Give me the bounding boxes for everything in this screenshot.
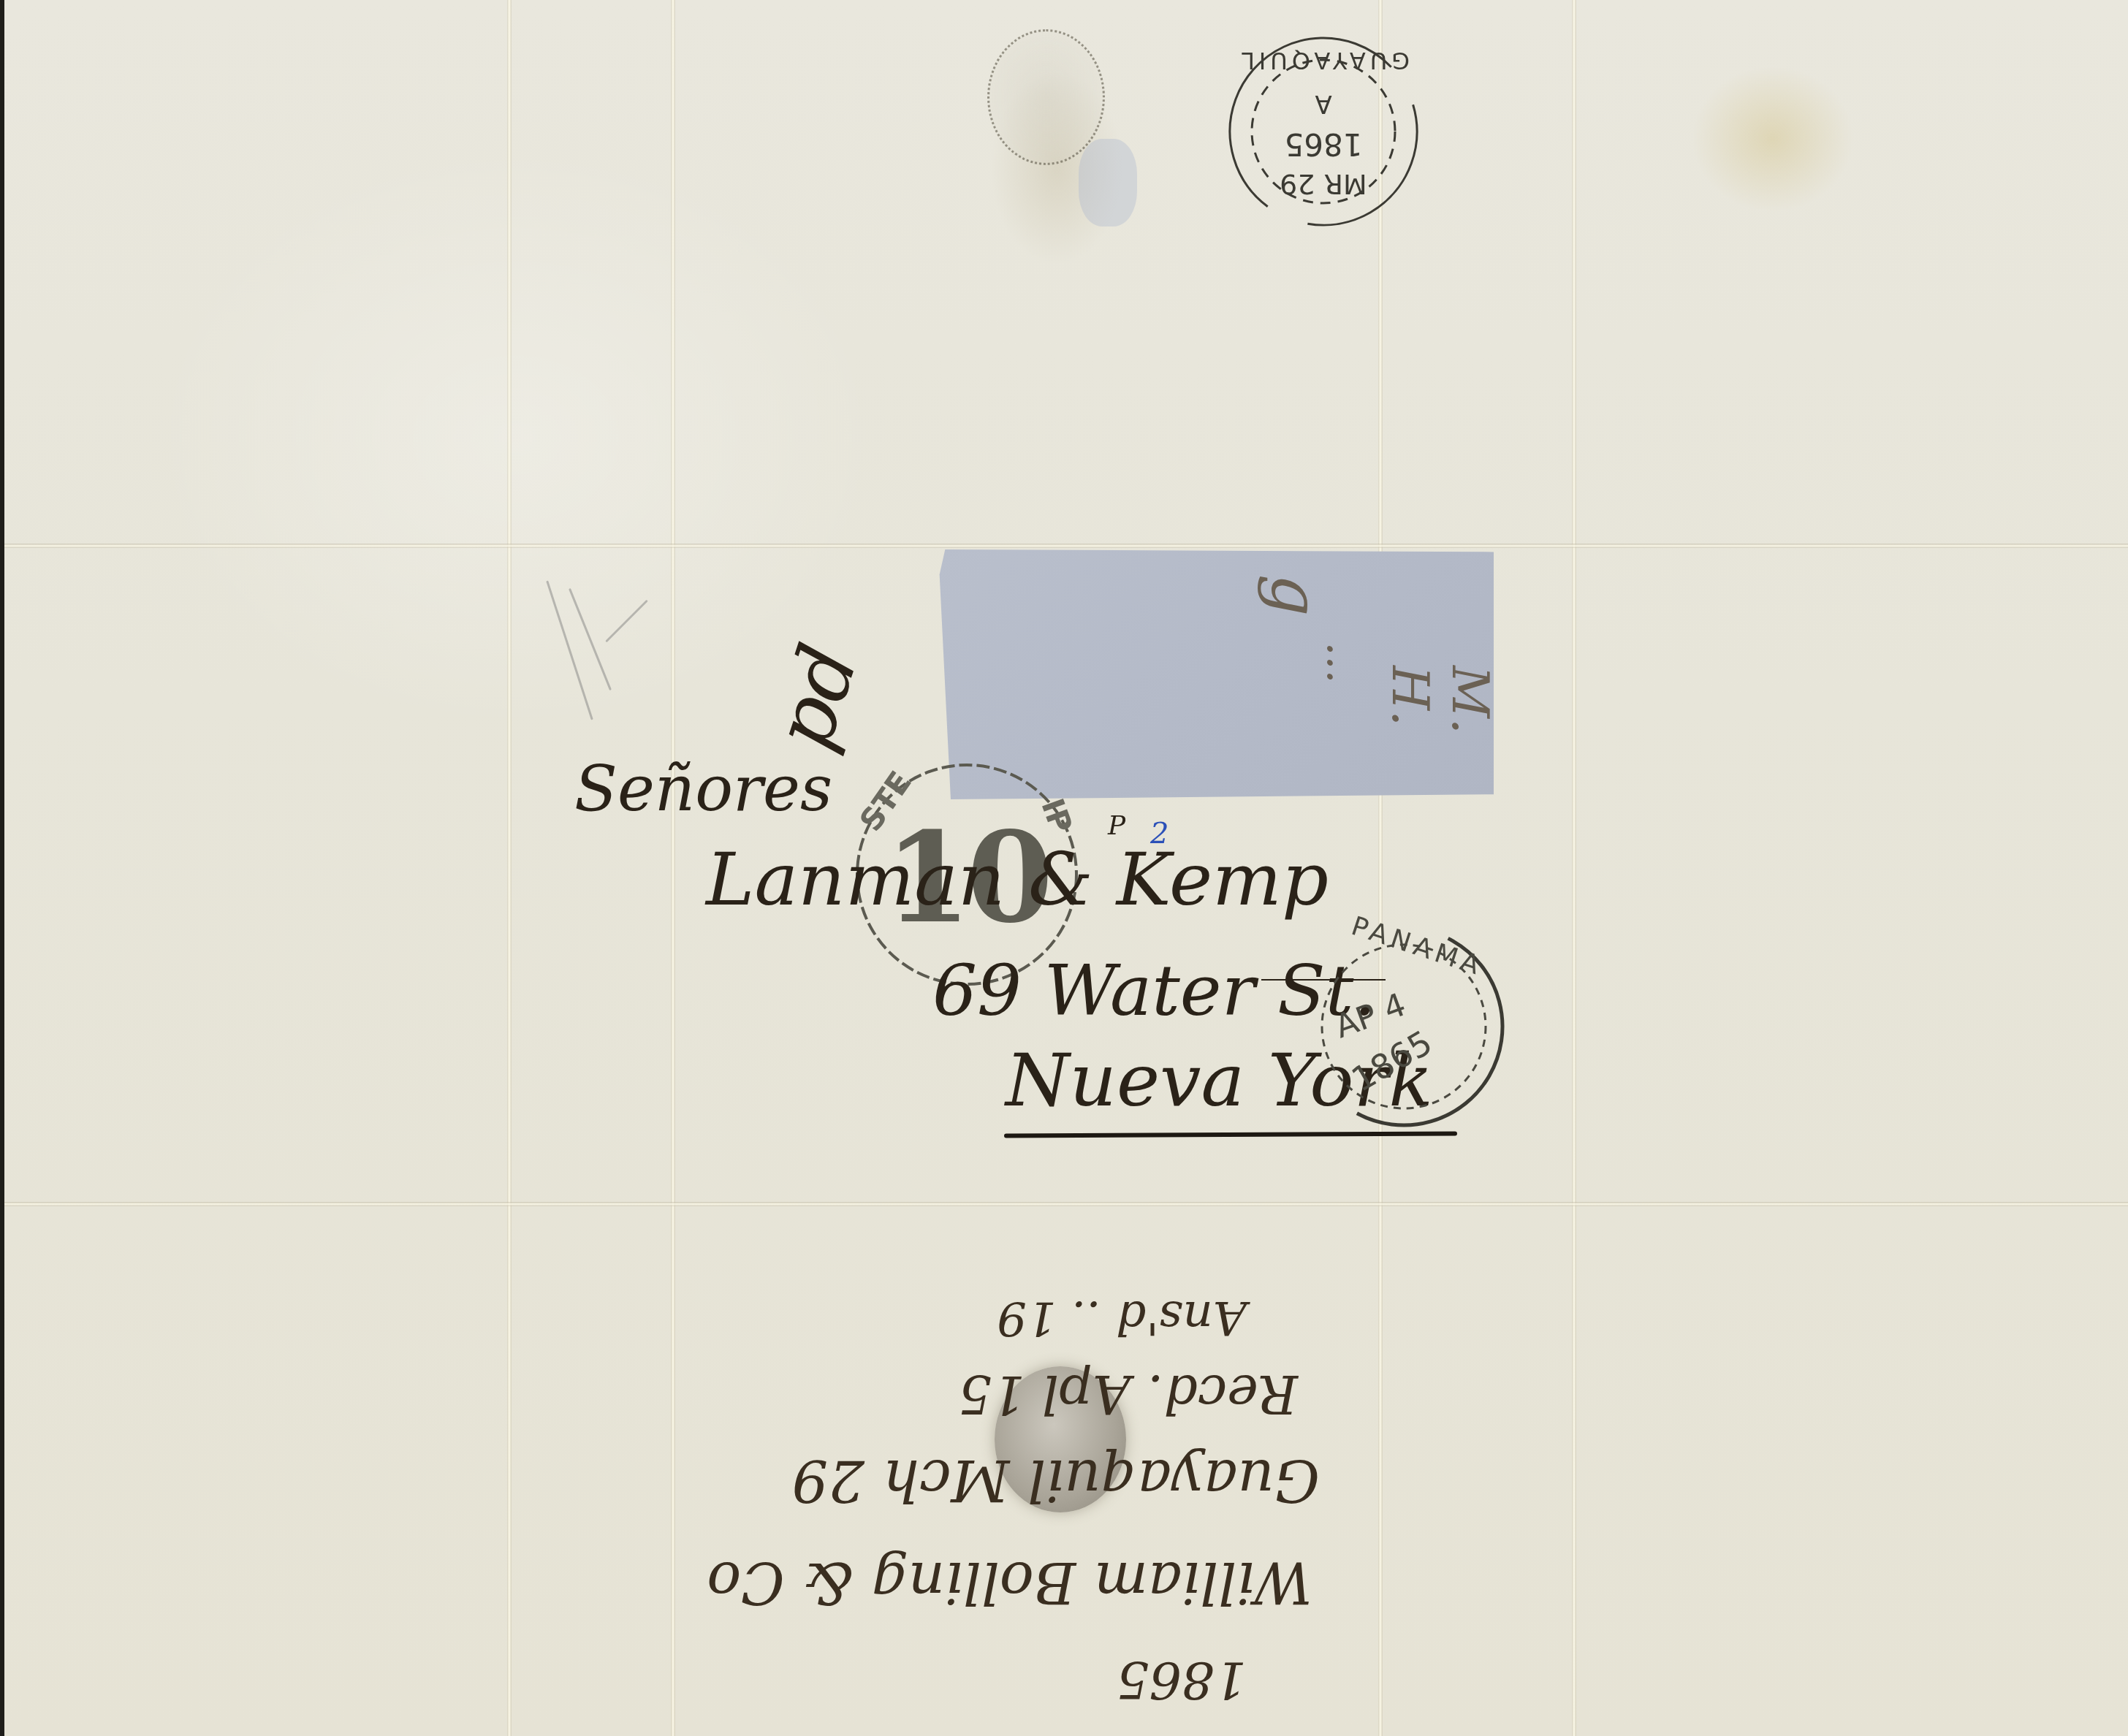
bleed-through-text: M. H. [1380, 666, 1500, 772]
docket-line: Recd. Apl 15 [958, 1363, 1298, 1425]
bleed-through-text: ... [1317, 642, 1368, 683]
wax-seal-impression-icon [987, 29, 1105, 165]
docket-line: 1865 [1117, 1650, 1247, 1710]
addressee-p-notation: P [1108, 811, 1125, 841]
pencil-mark [546, 580, 593, 720]
docket-inverted: 1865 William Bolling & Co Guayaquil Mch … [706, 1271, 1364, 1724]
postmark-guayaquil: MR 29 1865 A GUAYAQUIL [1214, 22, 1433, 241]
bleed-through-text: g [1256, 574, 1333, 617]
fold-line-vertical [671, 0, 675, 1736]
docket-line: Guayaquil Mch 29 [792, 1447, 1320, 1512]
paid-notation: pd [756, 633, 876, 761]
blue-pencil-notation: 2 [1150, 817, 1168, 850]
address-addressee: Lanman & Kemp [706, 837, 1329, 922]
fold-line-vertical [507, 0, 512, 1736]
postmark-date: MR 29 [1214, 168, 1433, 200]
fold-line-horizontal [4, 1202, 2128, 1206]
postmark-panama: PANAMA AP 4 1865 [1283, 917, 1524, 1136]
pencil-mark [605, 600, 648, 643]
fold-line-horizontal [4, 544, 2128, 548]
address-salutation: Señores [574, 753, 832, 826]
postmark-code: A [1214, 89, 1433, 118]
fold-line-vertical [1378, 0, 1383, 1736]
blue-stain [1079, 139, 1137, 226]
postmark-town: GUAYAQUIL [1214, 47, 1433, 75]
pencil-mark [569, 588, 612, 690]
letter-sheet: MR 29 1865 A GUAYAQUIL g ... M. H. pd 10… [0, 0, 2128, 1736]
docket-line: William Bolling & Co [707, 1549, 1312, 1615]
postmark-year: 1865 [1214, 126, 1433, 162]
fold-line-vertical [1572, 0, 1576, 1736]
docket-line: Ans'd .. 19 [997, 1290, 1247, 1344]
